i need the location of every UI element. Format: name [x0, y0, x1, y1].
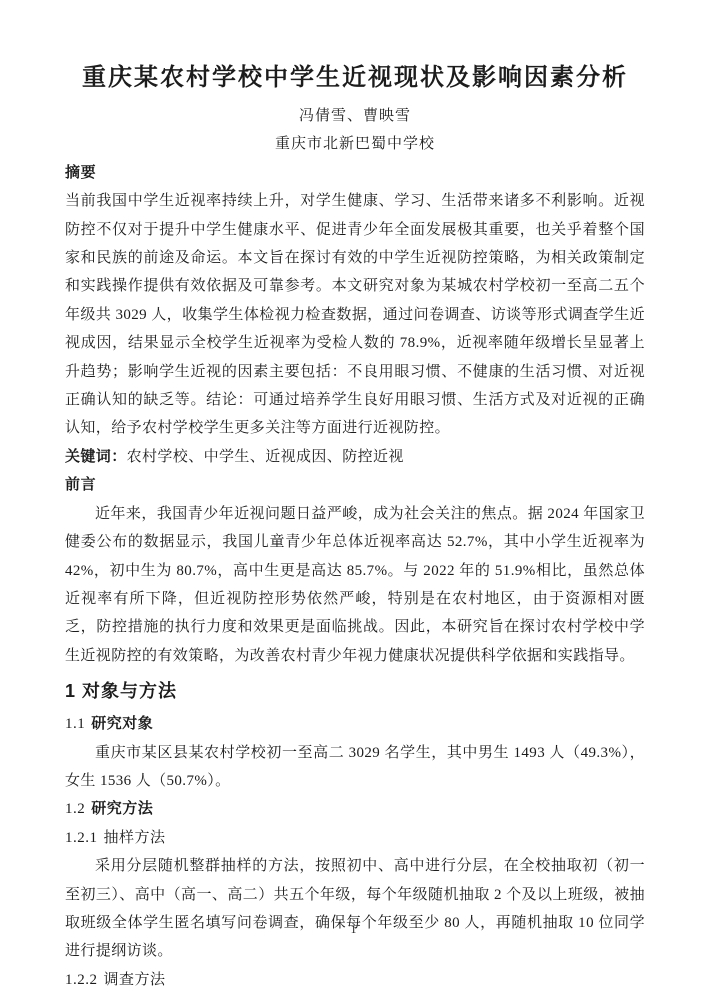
subsection-1-2-2-title: 调查方法	[104, 972, 166, 988]
abstract-heading: 摘要	[65, 159, 645, 187]
page-number: 1	[0, 922, 707, 937]
paper-page: 重庆某农村学校中学生近视现状及影响因素分析 冯倩雪、曹映雪 重庆市北新巴蜀中学校…	[0, 0, 707, 999]
subsection-heading-1-2: 1.2研究方法	[65, 795, 645, 823]
subsection-heading-1-2-2: 1.2.2调查方法	[65, 966, 645, 994]
keywords-text: 农村学校、中学生、近视成因、防控近视	[127, 449, 404, 465]
paragraph-sampling-method: 采用分层随机整群抽样的方法，按照初中、高中进行分层，在全校抽取初（初一至初三）、…	[65, 852, 645, 966]
authors-line: 冯倩雪、曹映雪	[65, 102, 645, 130]
preface-body: 近年来，我国青少年近视问题日益严峻，成为社会关注的焦点。据 2024 年国家卫健…	[65, 500, 645, 670]
subsection-heading-1-1: 1.1研究对象	[65, 710, 645, 738]
affiliation-line: 重庆市北新巴蜀中学校	[65, 130, 645, 158]
subsection-1-1-title: 研究对象	[91, 715, 153, 732]
abstract-body: 当前我国中学生近视率持续上升，对学生健康、学习、生活带来诸多不利影响。近视防控不…	[65, 187, 645, 443]
subsection-1-1-number: 1.1	[65, 716, 85, 732]
paper-content: 重庆某农村学校中学生近视现状及影响因素分析 冯倩雪、曹映雪 重庆市北新巴蜀中学校…	[65, 60, 645, 994]
subsection-1-2-1-title: 抽样方法	[104, 830, 166, 846]
keywords-label: 关键词：	[65, 448, 127, 465]
page-title: 重庆某农村学校中学生近视现状及影响因素分析	[65, 60, 645, 96]
preface-heading: 前言	[65, 471, 645, 499]
subsection-1-2-2-number: 1.2.2	[65, 972, 98, 988]
subsection-1-2-1-number: 1.2.1	[65, 830, 98, 846]
subsection-1-2-number: 1.2	[65, 801, 85, 817]
subsection-heading-1-2-1: 1.2.1抽样方法	[65, 824, 645, 852]
subsection-1-2-title: 研究方法	[91, 800, 153, 817]
paragraph-research-subjects: 重庆市某区县某农村学校初一至高二 3029 名学生，其中男生 1493 人（49…	[65, 739, 645, 796]
keywords-line: 关键词：农村学校、中学生、近视成因、防控近视	[65, 443, 645, 471]
section-1-heading: 1 对象与方法	[65, 676, 645, 706]
